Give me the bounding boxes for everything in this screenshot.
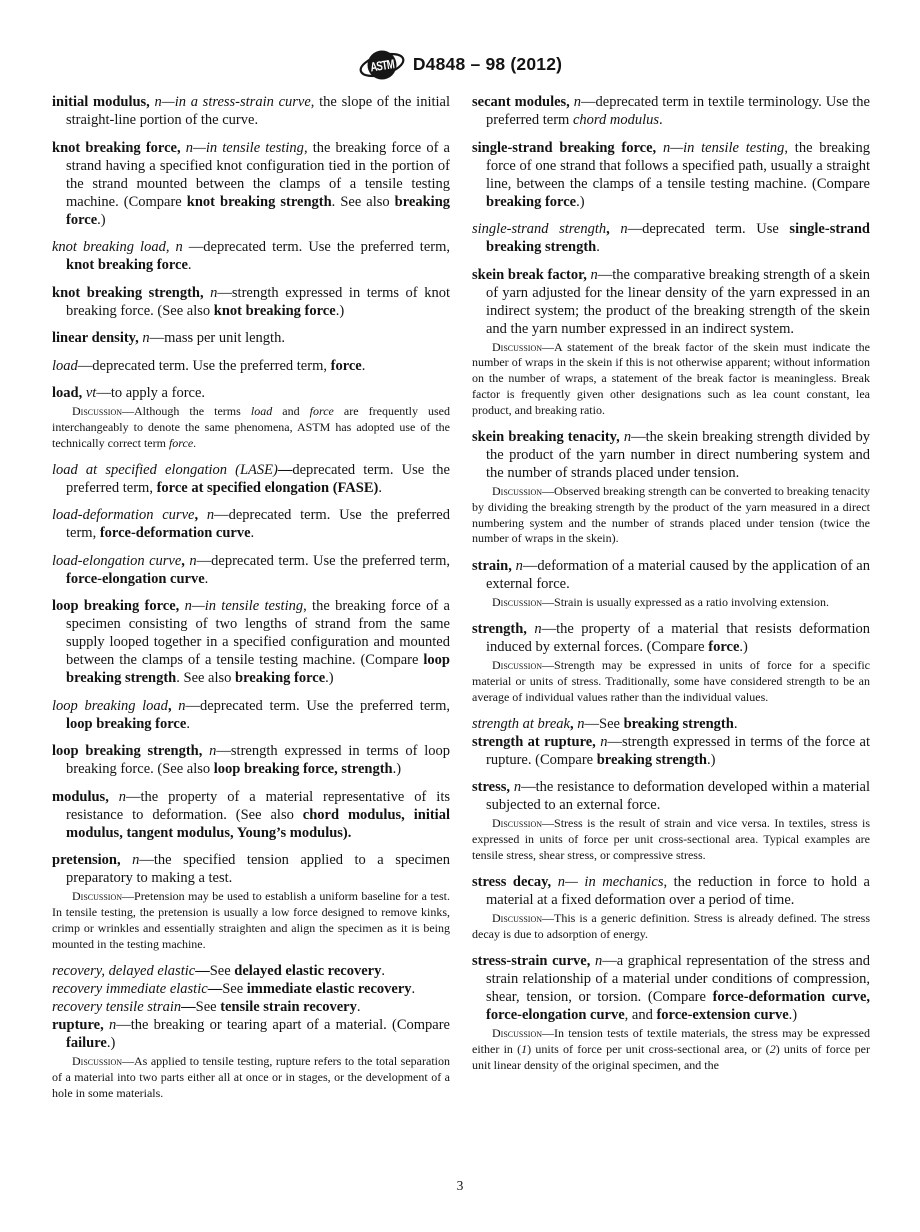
text-run: n (142, 330, 149, 346)
text-run: . (381, 963, 385, 979)
text-run: strength, (472, 621, 534, 637)
text-run: single-strand breaking force, (472, 140, 663, 156)
discussion-label: Discussion (492, 658, 542, 672)
document-page: ASTM D4848 – 98 (2012) initial modulus, … (0, 0, 920, 1232)
term-entry: knot breaking strength, n—strength expre… (52, 284, 450, 320)
text-run: force (310, 404, 334, 418)
discussion-label: Discussion (492, 595, 542, 609)
term-entry: skein break factor, n—the comparative br… (472, 266, 870, 338)
text-run: —the breaking or tearing apart of a mate… (116, 1017, 450, 1033)
text-run: strength at rupture, (472, 734, 600, 750)
text-run: n (577, 716, 584, 732)
term-entry: rupture, n—the breaking or tearing apart… (52, 1016, 450, 1052)
astm-logo-icon: ASTM (358, 44, 406, 84)
discussion-label: Discussion (492, 1026, 542, 1040)
text-run: stress decay, (472, 874, 558, 890)
text-run: . (734, 716, 738, 732)
text-run: n (590, 267, 597, 283)
text-run: — (278, 462, 293, 478)
text-run: —deprecated term. Use the preferred term… (197, 553, 450, 569)
text-run: —Strain is usually expressed as a ratio … (542, 595, 829, 609)
term-entry: load-elongation curve, n—deprecated term… (52, 552, 450, 588)
text-run: force (169, 436, 193, 450)
discussion-note: Discussion—Observed breaking strength ca… (472, 484, 870, 547)
text-run: secant modules, (472, 94, 574, 110)
text-run: n (207, 507, 214, 523)
text-run: n (178, 698, 185, 714)
text-run: .) (789, 1007, 797, 1023)
text-run: —deformation of a material caused by the… (486, 558, 870, 592)
text-run: —the resistance to deformation developed… (486, 779, 870, 813)
text-run: n—in tensile testing (186, 140, 304, 156)
term-entry: knot breaking load, n —deprecated term. … (52, 238, 450, 274)
term-entry: strength, n—the property of a material t… (472, 620, 870, 656)
term-entry: single-strand strength, n—deprecated ter… (472, 220, 870, 256)
discussion-note: Discussion—Strength may be expressed in … (472, 658, 870, 705)
text-run: . (251, 525, 255, 541)
text-run: load-elongation curve (52, 553, 181, 569)
text-run: modulus, (52, 789, 119, 805)
text-run: breaking force (235, 670, 325, 686)
text-run: loop breaking force, strength (214, 761, 393, 777)
text-run: — (181, 999, 196, 1015)
page-header: ASTM D4848 – 98 (2012) (0, 0, 920, 88)
right-column: secant modules, n—deprecated term in tex… (472, 93, 870, 1101)
discussion-note: Discussion—In tension tests of textile m… (472, 1026, 870, 1073)
text-run: chord modulus (573, 112, 659, 128)
text-run: — (208, 981, 223, 997)
discussion-note: Discussion—Strain is usually expressed a… (472, 595, 870, 611)
text-run: .) (739, 639, 747, 655)
text-run: delayed elastic recovery (234, 963, 381, 979)
text-run: and (272, 404, 309, 418)
text-run: —mass per unit length. (150, 330, 285, 346)
term-entry: recovery tensile strain—See tensile stra… (52, 998, 450, 1016)
text-run: . See also (176, 670, 235, 686)
text-run: —deprecated term. Use the preferred term… (78, 358, 331, 374)
text-run: load at specified elongation (LASE) (52, 462, 278, 478)
text-run: n (189, 553, 196, 569)
text-run: See (196, 999, 221, 1015)
text-run: breaking force (486, 194, 576, 210)
text-run: breaking strength (624, 716, 734, 732)
text-run: . (205, 571, 209, 587)
term-entry: initial modulus, n—in a stress-strain cu… (52, 93, 450, 129)
term-entry: modulus, n—the property of a material re… (52, 788, 450, 842)
text-run: load (52, 358, 78, 374)
text-run: load (251, 404, 272, 418)
text-run: , (168, 698, 178, 714)
discussion-label: Discussion (72, 404, 122, 418)
term-entry: loop breaking load, n—deprecated term. U… (52, 697, 450, 733)
discussion-note: Discussion—A statement of the break fact… (472, 340, 870, 419)
term-entry: stress decay, n— in mechanics, the reduc… (472, 873, 870, 909)
text-run: strength at break (472, 716, 570, 732)
text-run: force-deformation curve (100, 525, 251, 541)
text-run: n (119, 789, 126, 805)
discussion-label: Discussion (492, 816, 542, 830)
text-run: .) (707, 752, 715, 768)
discussion-label: Discussion (492, 911, 542, 925)
standard-designation-title: D4848 – 98 (2012) (413, 54, 562, 75)
page-footer: 3 (0, 1178, 920, 1194)
text-run: —to apply a force. (96, 385, 205, 401)
text-run: . (357, 999, 361, 1015)
text-run: loop breaking load (52, 698, 168, 714)
text-run: stress-strain curve, (472, 953, 595, 969)
text-run: knot breaking force, (52, 140, 186, 156)
text-run: loop breaking force (66, 716, 186, 732)
text-run: force at specified elongation (FASE) (157, 480, 379, 496)
text-run: force (708, 639, 739, 655)
term-entry: single-strand breaking force, n—in tensi… (472, 139, 870, 211)
text-run: . (186, 716, 190, 732)
text-run: knot breaking strength, (52, 285, 210, 301)
term-entry: recovery, delayed elastic—See delayed el… (52, 962, 450, 980)
term-entry: load-deformation curve, n—deprecated ter… (52, 506, 450, 542)
term-entry: loop breaking force, n—in tensile testin… (52, 597, 450, 687)
text-run: —deprecated term. Use the preferred term… (186, 698, 451, 714)
term-entry: secant modules, n—deprecated term in tex… (472, 93, 870, 129)
text-run: . (659, 112, 663, 128)
term-entry: skein breaking tenacity, n—the skein bre… (472, 428, 870, 482)
text-run: —Although the terms (122, 404, 251, 418)
discussion-label: Discussion (492, 484, 542, 498)
discussion-label: Discussion (72, 1054, 122, 1068)
two-column-terminology-body: initial modulus, n—in a stress-strain cu… (0, 88, 920, 1101)
text-run: .) (97, 212, 105, 228)
term-entry: knot breaking force, n—in tensile testin… (52, 139, 450, 229)
text-run: n (516, 558, 523, 574)
text-run: —deprecated term. Use (628, 221, 790, 237)
text-run: —the property of a material that resists… (486, 621, 870, 655)
term-entry: strength at rupture, n—strength expresse… (472, 733, 870, 769)
text-run: linear density, (52, 330, 142, 346)
text-run: See (210, 963, 235, 979)
text-run: .) (107, 1035, 115, 1051)
discussion-note: Discussion—Although the terms load and f… (52, 404, 450, 451)
text-run: load, (52, 385, 86, 401)
text-run: breaking strength (597, 752, 707, 768)
text-run: force-elongation curve (66, 571, 205, 587)
text-run: n—in tensile testing (185, 598, 304, 614)
text-run: .) (336, 303, 344, 319)
text-run: knot breaking force (214, 303, 336, 319)
text-run: stress, (472, 779, 514, 795)
term-entry: load—deprecated term. Use the preferred … (52, 357, 450, 375)
discussion-label: Discussion (72, 889, 122, 903)
text-run: strain, (472, 558, 516, 574)
text-run: failure (66, 1035, 107, 1051)
text-run: force (331, 358, 362, 374)
term-entry: stress, n—the resistance to deformation … (472, 778, 870, 814)
text-run: rupture, (52, 1017, 109, 1033)
text-run: loop breaking strength, (52, 743, 209, 759)
text-run: , and (625, 1007, 657, 1023)
term-entry: linear density, n—mass per unit length. (52, 329, 450, 347)
text-run: —See (585, 716, 624, 732)
text-run: , (606, 221, 620, 237)
text-run: See (222, 981, 247, 997)
text-run: , (194, 507, 206, 523)
text-run: .) (393, 761, 401, 777)
page-number: 3 (457, 1178, 464, 1193)
text-run: — (195, 963, 210, 979)
text-run: load-deformation curve (52, 507, 194, 523)
text-run: .) (325, 670, 333, 686)
text-run: skein breaking tenacity, (472, 429, 624, 445)
text-run: pretension, (52, 852, 132, 868)
text-run: . (412, 981, 416, 997)
text-run: initial modulus, (52, 94, 155, 110)
discussion-note: Discussion—Stress is the result of strai… (472, 816, 870, 863)
text-run: knot breaking load, n (52, 239, 189, 255)
text-run: . (362, 358, 366, 374)
discussion-note: Discussion—Pretension may be used to est… (52, 889, 450, 952)
text-run: single-strand strength (472, 221, 606, 237)
text-run: loop breaking force, (52, 598, 185, 614)
text-run: . See also (332, 194, 395, 210)
text-run: vt (86, 385, 96, 401)
text-run: n— in mechanics (558, 874, 664, 890)
term-entry: load, vt—to apply a force. (52, 384, 450, 402)
text-run: . (193, 436, 196, 450)
text-run: —deprecated term. Use the preferred term… (189, 239, 450, 255)
text-run: .) (576, 194, 584, 210)
text-run: knot breaking force (66, 257, 188, 273)
text-run: recovery tensile strain (52, 999, 181, 1015)
term-entry: stress-strain curve, n—a graphical repre… (472, 952, 870, 1024)
text-run: n (514, 779, 521, 795)
text-run: ) units of force per unit cross-sectiona… (527, 1042, 770, 1056)
text-run: knot breaking strength (187, 194, 332, 210)
term-entry: loop breaking strength, n—strength expre… (52, 742, 450, 778)
term-entry: strength at break, n—See breaking streng… (472, 715, 870, 733)
text-run: . (378, 480, 382, 496)
left-column: initial modulus, n—in a stress-strain cu… (52, 93, 450, 1101)
discussion-note: Discussion—This is a generic definition.… (472, 911, 870, 943)
term-entry: load at specified elongation (LASE)—depr… (52, 461, 450, 497)
text-run: n (574, 94, 581, 110)
term-entry: pretension, n—the specified tension appl… (52, 851, 450, 887)
discussion-note: Discussion—As applied to tensile testing… (52, 1054, 450, 1101)
text-run: . (188, 257, 192, 273)
text-run: . (596, 239, 600, 255)
term-entry: recovery immediate elastic—See immediate… (52, 980, 450, 998)
text-run: n (620, 221, 627, 237)
text-run: n (534, 621, 541, 637)
text-run: skein break factor, (472, 267, 590, 283)
text-run: n—in tensile testing (663, 140, 784, 156)
text-run: immediate elastic recovery (247, 981, 412, 997)
term-entry: strain, n—deformation of a material caus… (472, 557, 870, 593)
text-run: recovery immediate elastic (52, 981, 208, 997)
text-run: force-extension curve (656, 1007, 788, 1023)
text-run: recovery, delayed elastic (52, 963, 195, 979)
text-run: n—in a stress-strain curve (155, 94, 311, 110)
text-run: tensile strain recovery (220, 999, 357, 1015)
discussion-label: Discussion (492, 340, 542, 354)
